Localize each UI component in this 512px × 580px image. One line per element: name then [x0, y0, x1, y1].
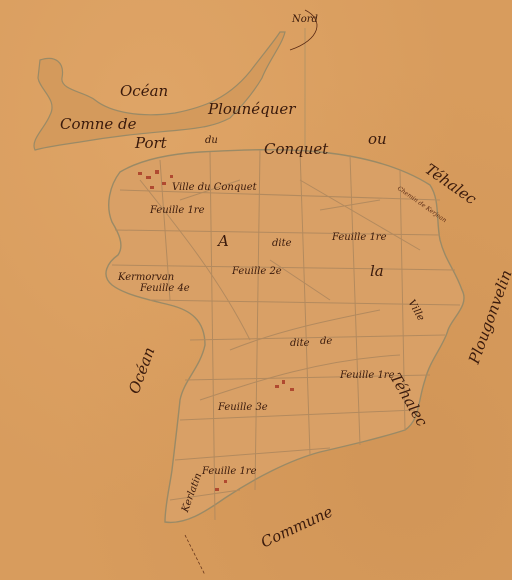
feuille-label-south: Feuille 3e — [218, 402, 268, 413]
feuille-label-bottom: Feuille 1re — [202, 466, 257, 477]
ocean-label-north: Océan — [120, 82, 168, 100]
section-letter-a: A — [218, 232, 229, 250]
du-label: du — [205, 135, 218, 146]
conquet-label: Conquet — [264, 140, 328, 158]
la-label: la — [370, 262, 384, 280]
ou-label: ou — [368, 130, 387, 148]
commune-label-west: Comne de — [60, 115, 137, 133]
de-label: de — [320, 336, 332, 347]
north-label: Nord — [292, 14, 318, 25]
ville-du-conquet-label: Ville du Conquet — [172, 182, 257, 193]
commune-boundary-line — [185, 535, 205, 575]
cadastral-map[interactable]: Nord Océan Comne de Plounéquer Port du C… — [0, 0, 512, 580]
feuille-label-center: Feuille 2e — [232, 266, 282, 277]
dite-label-2: dite — [290, 338, 310, 349]
feuille-label-north: Feuille 1re — [150, 205, 205, 216]
feuille-label-west: Feuille 4e — [140, 283, 190, 294]
dite-label: dite — [272, 238, 292, 249]
map-base-drawing — [0, 0, 512, 580]
kermorvan-label: Kermorvan — [118, 272, 174, 283]
port-label: Port — [135, 134, 167, 152]
feuille-label-center-north: Feuille 1re — [332, 232, 387, 243]
plounequer-label: Plounéquer — [208, 100, 295, 118]
